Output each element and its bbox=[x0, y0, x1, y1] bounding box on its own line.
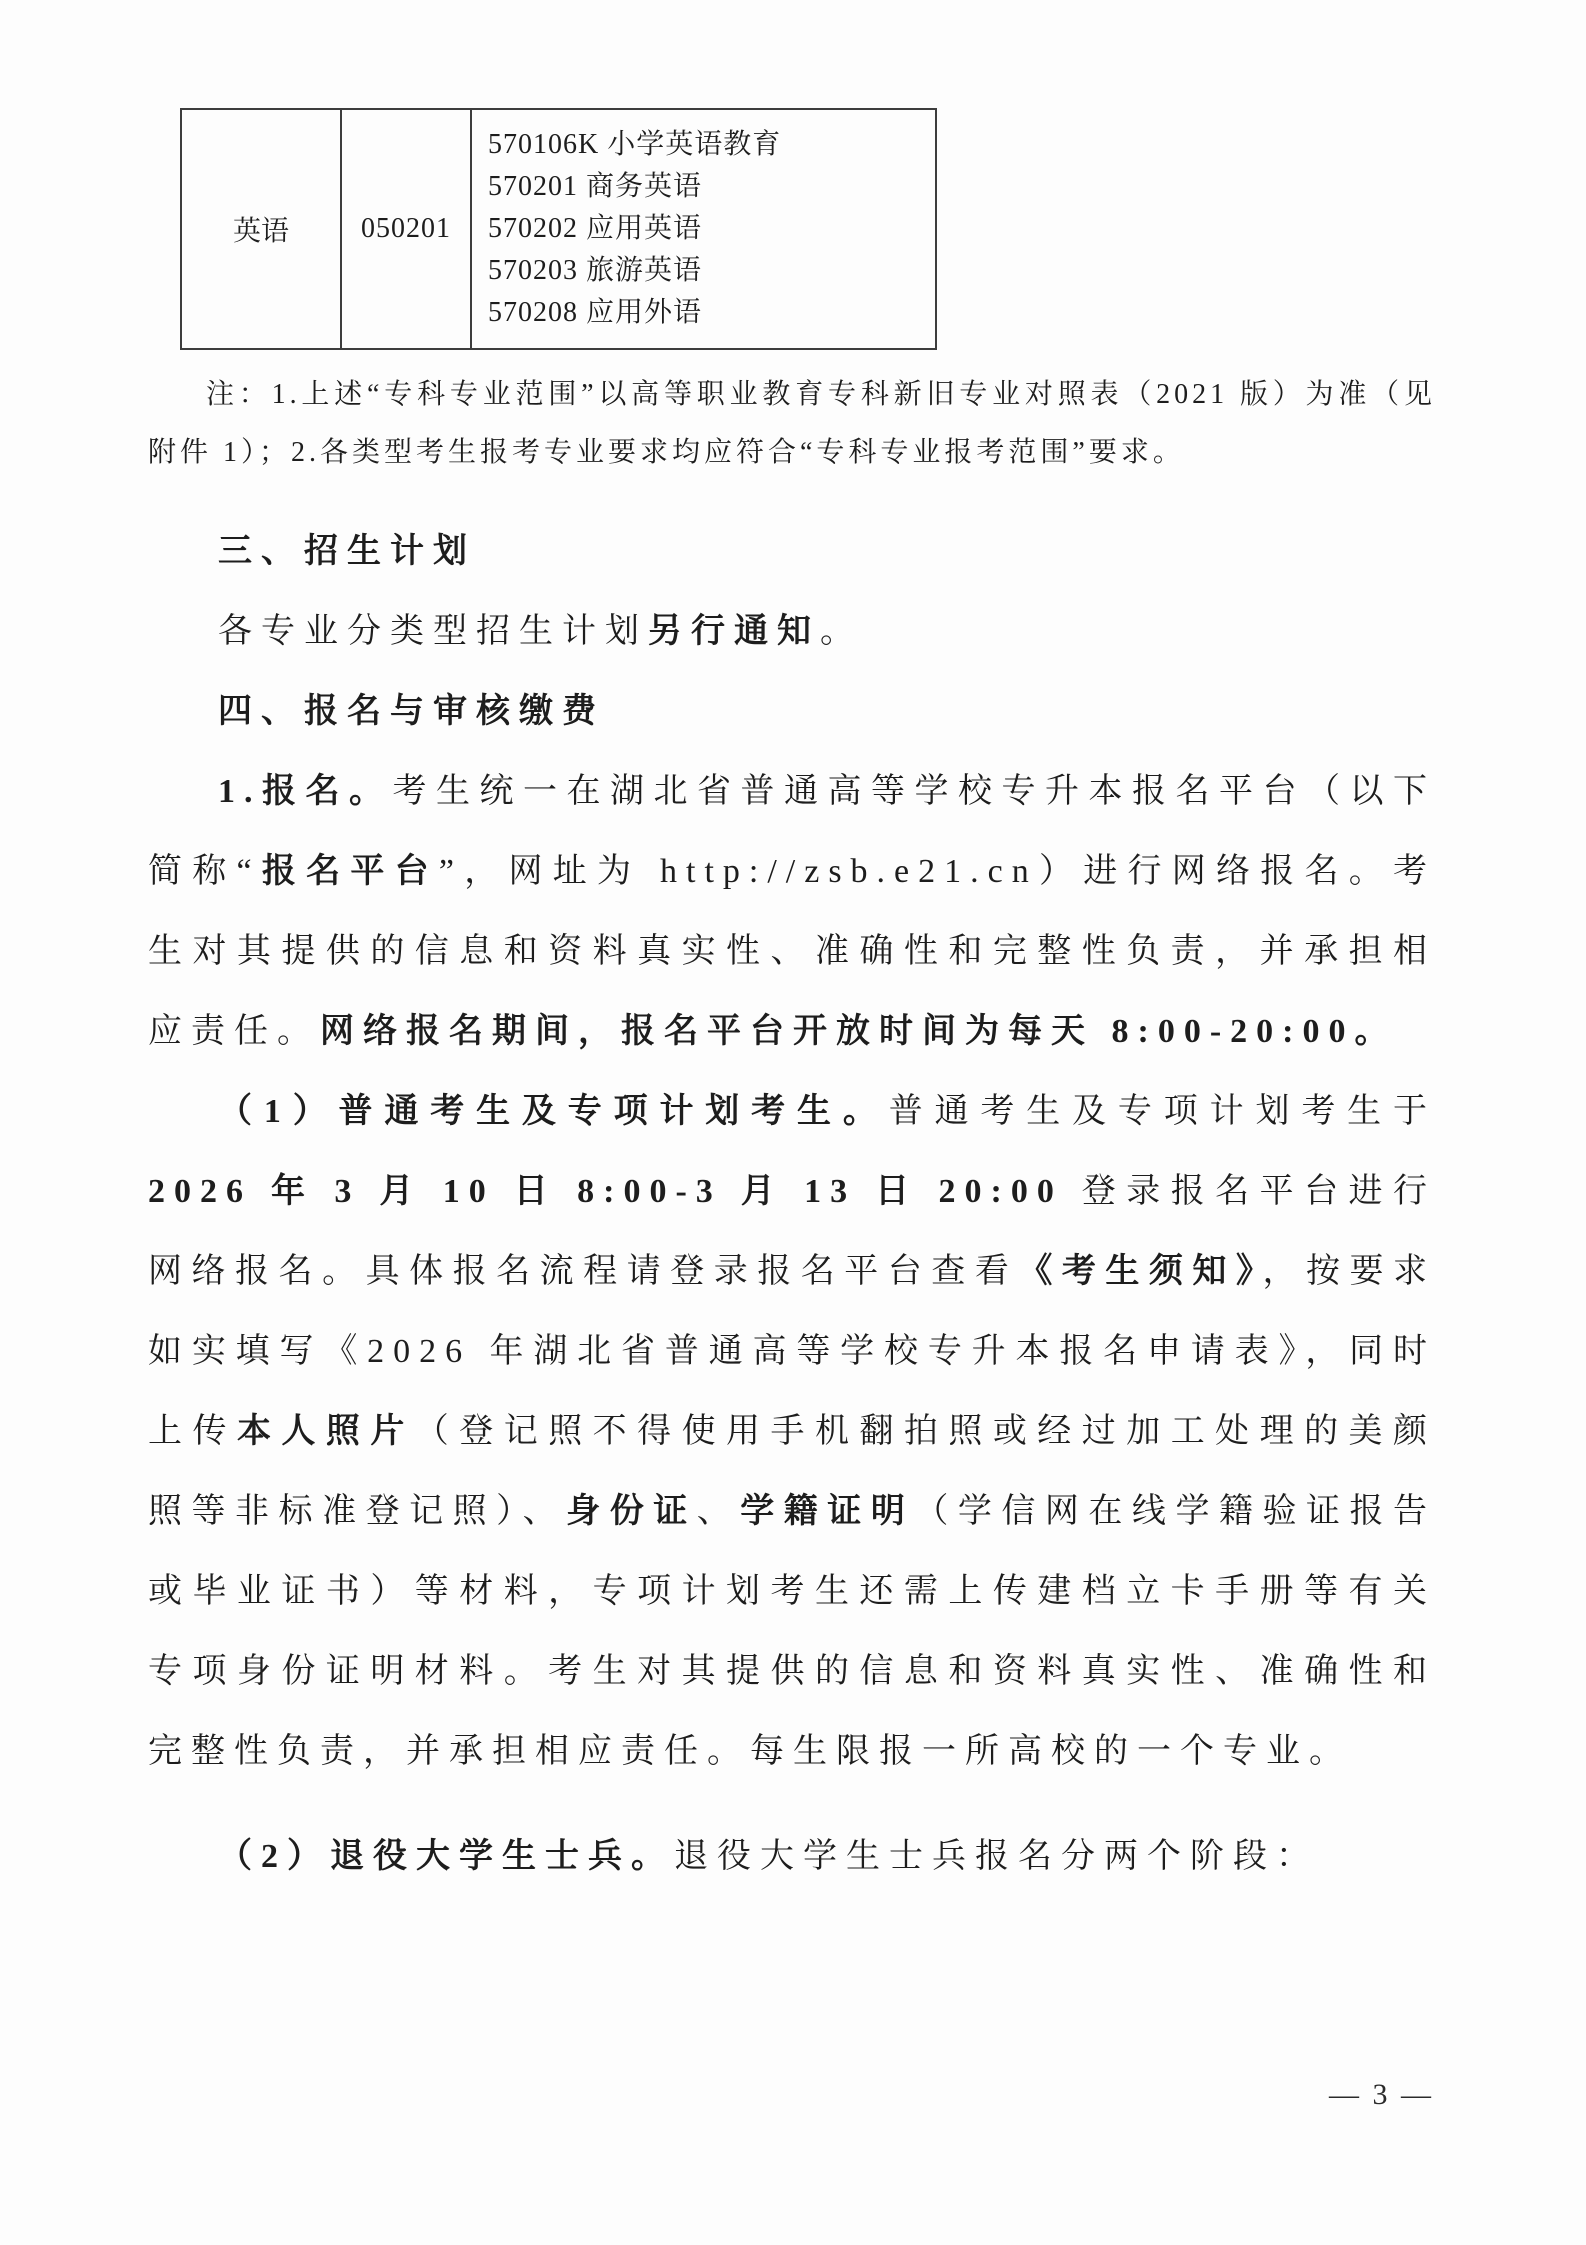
scope-cell: 570106K 小学英语教育 570201 商务英语 570202 应用英语 5… bbox=[471, 109, 936, 349]
scope-line: 570202 应用英语 bbox=[488, 208, 925, 250]
table-note: 注：1.上述“专科专业范围”以高等职业教育专科新旧专业对照表（2021 版）为准… bbox=[148, 366, 1436, 482]
scope-line: 570106K 小学英语教育 bbox=[488, 124, 925, 166]
section-heading-plan: 三、招生计划 bbox=[148, 512, 1436, 592]
register-paragraph-2: （1）普通考生及专项计划考生。普通考生及专项计划考生于 2026 年 3 月 1… bbox=[148, 1072, 1436, 1792]
plan-paragraph: 各专业分类型招生计划另行通知。 bbox=[148, 592, 1436, 672]
register-paragraph-1: 1.报名。考生统一在湖北省普通高等学校专升本报名平台（以下简称“报名平台”，网址… bbox=[148, 752, 1436, 1072]
page-number: — 3 — bbox=[1329, 2078, 1434, 2112]
major-cell: 英语 bbox=[181, 109, 341, 349]
scope-line: 570201 商务英语 bbox=[488, 166, 925, 208]
scope-line: 570208 应用外语 bbox=[488, 292, 925, 334]
scope-line: 570203 旅游英语 bbox=[488, 250, 925, 292]
register-paragraph-3: （2）退役大学生士兵。退役大学生士兵报名分两个阶段： bbox=[148, 1817, 1436, 1897]
majors-table: 英语 050201 570106K 小学英语教育 570201 商务英语 570… bbox=[180, 108, 937, 350]
table-row: 英语 050201 570106K 小学英语教育 570201 商务英语 570… bbox=[181, 109, 936, 349]
document-content: 英语 050201 570106K 小学英语教育 570201 商务英语 570… bbox=[0, 0, 1586, 1897]
code-cell: 050201 bbox=[341, 109, 471, 349]
document-page: 英语 050201 570106K 小学英语教育 570201 商务英语 570… bbox=[0, 0, 1586, 2245]
section-heading-register: 四、报名与审核缴费 bbox=[148, 672, 1436, 752]
